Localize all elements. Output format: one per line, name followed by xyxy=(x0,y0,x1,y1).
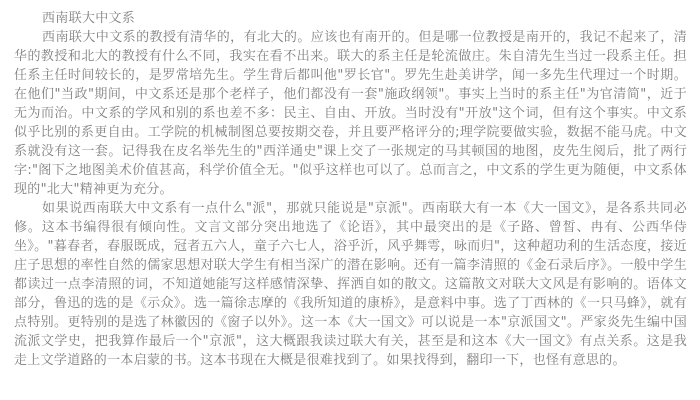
paragraph-1: 西南联大中文系的教授有清华的，有北大的。应该也有南开的。但是哪一位教授是南开的，… xyxy=(14,28,687,199)
document-page: 西南联大中文系 西南联大中文系的教授有清华的，有北大的。应该也有南开的。但是哪一… xyxy=(0,0,700,400)
paragraph-2: 如果说西南联大中文系有一点什么"派"，那就只能说是"京派"。西南联大有一本《大一… xyxy=(14,199,687,370)
document-title: 西南联大中文系 xyxy=(14,9,687,28)
